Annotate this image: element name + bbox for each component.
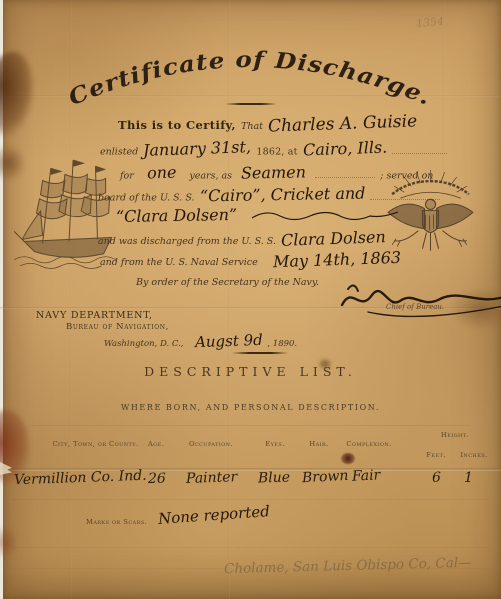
- row-hair: Brown: [302, 468, 349, 486]
- order-line: By order of the Secretary of the Navy.: [136, 277, 319, 288]
- recruit-name: Charles A. Guisie: [268, 111, 418, 136]
- enlisted-label: enlisted: [100, 146, 138, 157]
- ships-line-2: “Clara Dolsen”: [116, 206, 400, 225]
- term-line: for one years, as Seamen ; served on: [120, 163, 433, 182]
- descriptive-list-subtitle: WHERE BORN, AND PERSONAL DESCRIPTION.: [0, 403, 501, 412]
- dept-date-hand: Augst 9d: [194, 331, 262, 351]
- scanned-certificate: 1354 Certificate of Discharge.: [0, 0, 501, 599]
- row-inches: 1: [464, 470, 473, 486]
- chief-title: Chief of Bureau.: [386, 303, 444, 311]
- ships-2: “Clara Dolsen”: [116, 205, 237, 226]
- enlist-date: January 31st,: [143, 138, 252, 161]
- dept-line-1: NAVY DEPARTMENT,: [36, 310, 153, 321]
- board-label: board of the U. S. S.: [98, 192, 195, 203]
- section-divider: [232, 352, 288, 354]
- for-label: for: [120, 170, 134, 181]
- pen-flourish: [250, 210, 400, 224]
- marks-label: Marks or Scars.: [86, 518, 164, 526]
- row-occupation: Painter: [186, 469, 238, 487]
- row-feet: 6: [432, 470, 441, 486]
- dotted-leader: [315, 163, 375, 178]
- col-header-feet: Feet.: [420, 451, 452, 459]
- years-label: years, as: [189, 170, 232, 181]
- discharged-label: and was discharged from the U. S. S.: [98, 236, 276, 247]
- rule: [12, 546, 490, 548]
- descriptive-list-title: DESCRIPTIVE LIST.: [0, 364, 501, 379]
- dept-place: Washington, D. C.,: [104, 339, 183, 349]
- pencil-corner-note: 1354: [415, 15, 444, 30]
- service-label: and from the U. S. Naval Service: [100, 257, 258, 268]
- certify-that: That: [241, 121, 263, 132]
- enlist-line: enlisted January 31st, 1862, at Cairo, I…: [100, 139, 447, 158]
- title-divider: [225, 103, 277, 105]
- discharge-line: and was discharged from the U. S. S. Cla…: [98, 229, 386, 248]
- enlist-place: Cairo, Ills.: [302, 138, 387, 160]
- rule: [12, 498, 490, 500]
- col-header-height: Height.: [420, 431, 490, 439]
- service-line: and from the U. S. Naval Service May 14t…: [100, 250, 401, 269]
- ships-1: “Cairo”, Cricket and: [199, 184, 365, 206]
- rule: [30, 425, 470, 426]
- enlist-year: 1862, at: [256, 146, 297, 157]
- col-header-age: Age.: [140, 440, 172, 448]
- term-value: one: [147, 163, 177, 183]
- ships-line-1: board of the U. S. S. “Cairo”, Cricket a…: [98, 185, 440, 204]
- col-header-hair: Hair.: [299, 440, 339, 448]
- svg-text:Certificate of Discharge.: Certificate of Discharge.: [65, 47, 436, 111]
- col-header-inches: Inches.: [454, 451, 494, 459]
- col-header-place: City, Town, or County.: [38, 440, 153, 448]
- certificate-title: Certificate of Discharge.: [65, 47, 436, 111]
- discharge-date: May 14th, 1863: [273, 248, 402, 271]
- row-age: 26: [148, 471, 166, 487]
- rating-value: Seamen: [241, 163, 306, 183]
- dotted-leader: [392, 139, 447, 154]
- dept-line-3: Washington, D. C., Augst 9d , 1890.: [104, 331, 297, 350]
- col-header-complexion: Complexion.: [340, 440, 398, 448]
- col-header-eyes: Eyes.: [255, 440, 295, 448]
- served-label: ; served on: [380, 170, 433, 181]
- dept-date-year: , 1890.: [267, 339, 297, 349]
- row-complexion: Fair: [352, 467, 381, 484]
- certify-lead: This is to Certify,: [118, 118, 236, 132]
- dotted-leader: [370, 185, 440, 200]
- chief-signature: [338, 279, 501, 321]
- discharge-ship: Clara Dolsen: [281, 227, 386, 250]
- wax-spot: [341, 453, 355, 464]
- certify-line: This is to Certify, That Charles A. Guis…: [118, 114, 417, 134]
- row-eyes: Blue: [258, 469, 291, 486]
- col-header-occupation: Occupation.: [176, 440, 246, 448]
